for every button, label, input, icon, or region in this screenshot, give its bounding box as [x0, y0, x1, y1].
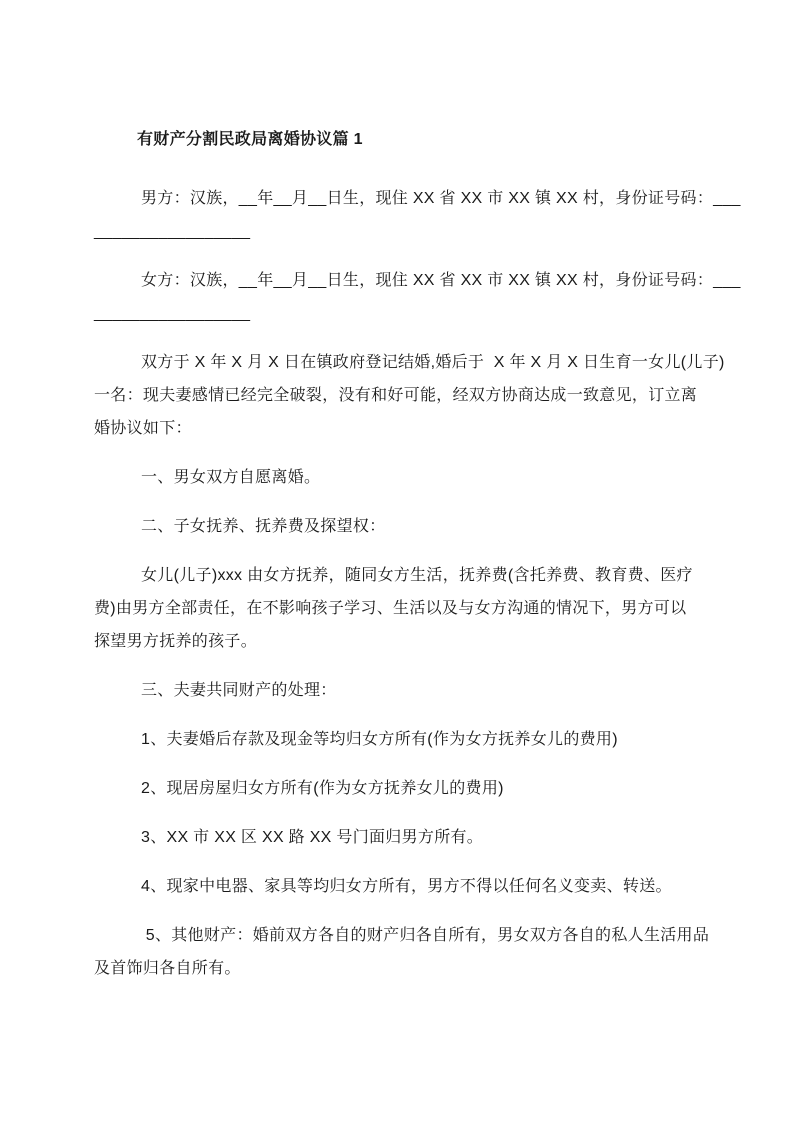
paragraph-marriage-background: 双方于 X 年 X 月 X 日在镇政府登记结婚,婚后于 X 年 X 月 X 日生… — [94, 346, 700, 445]
text-line: 探望男方抚养的孩子。 — [94, 625, 700, 658]
document-title: 有财产分割民政局离婚协议篇 1 — [94, 123, 700, 156]
property-item-1: 1、夫妻婚后存款及现金等均归女方所有(作为女方抚养女儿的费用) — [94, 723, 700, 756]
paragraph-female-party-info: 女方：汉族，__年__月__日生，现住 XX 省 XX 市 XX 镇 XX 村，… — [94, 264, 700, 330]
text-line: 三、夫妻共同财产的处理： — [94, 674, 700, 707]
text-line: 费)由男方全部责任，在不影响孩子学习、生活以及与女方沟通的情况下，男方可以 — [94, 592, 700, 625]
property-item-2: 2、现居房屋归女方所有(作为女方抚养女儿的费用) — [94, 772, 700, 805]
text-line: 1、夫妻婚后存款及现金等均归女方所有(作为女方抚养女儿的费用) — [94, 723, 700, 756]
text-line: 一名：现夫妻感情已经完全破裂，没有和好可能，经双方协商达成一致意见，订立离 — [94, 379, 700, 412]
text-line-underline: _________________ — [94, 215, 700, 248]
paragraph-custody-details: 女儿(儿子)xxx 由女方抚养，随同女方生活，抚养费(含托养费、教育费、医疗 费… — [94, 559, 700, 658]
property-item-5: 5、其他财产：婚前双方各自的财产归各自所有，男女双方各自的私人生活用品 及首饰归… — [94, 919, 700, 985]
text-line: 一、男女双方自愿离婚。 — [94, 461, 700, 494]
text-line: 4、现家中电器、家具等均归女方所有，男方不得以任何名义变卖、转送。 — [94, 870, 700, 903]
text-line: 3、XX 市 XX 区 XX 路 XX 号门面归男方所有。 — [94, 821, 700, 854]
property-item-3: 3、XX 市 XX 区 XX 路 XX 号门面归男方所有。 — [94, 821, 700, 854]
text-line: 女方：汉族，__年__月__日生，现住 XX 省 XX 市 XX 镇 XX 村，… — [94, 264, 700, 297]
text-line: 二、子女抚养、抚养费及探望权： — [94, 510, 700, 543]
text-line: 女儿(儿子)xxx 由女方抚养，随同女方生活，抚养费(含托养费、教育费、医疗 — [94, 559, 700, 592]
text-line: 及首饰归各自所有。 — [94, 952, 700, 985]
text-line: 5、其他财产：婚前双方各自的财产归各自所有，男女双方各自的私人生活用品 — [94, 919, 700, 952]
text-line: 男方：汉族，__年__月__日生，现住 XX 省 XX 市 XX 镇 XX 村，… — [94, 182, 700, 215]
clause-2-custody-heading: 二、子女抚养、抚养费及探望权： — [94, 510, 700, 543]
document-title-text: 有财产分割民政局离婚协议篇 1 — [94, 123, 700, 156]
document-page: 有财产分割民政局离婚协议篇 1 男方：汉族，__年__月__日生，现住 XX 省… — [0, 0, 793, 1122]
text-line: 婚协议如下： — [94, 412, 700, 445]
text-line: 双方于 X 年 X 月 X 日在镇政府登记结婚,婚后于 X 年 X 月 X 日生… — [94, 346, 700, 379]
paragraph-male-party-info: 男方：汉族，__年__月__日生，现住 XX 省 XX 市 XX 镇 XX 村，… — [94, 182, 700, 248]
text-line-underline: _________________ — [94, 297, 700, 330]
text-line: 2、现居房屋归女方所有(作为女方抚养女儿的费用) — [94, 772, 700, 805]
clause-3-property-heading: 三、夫妻共同财产的处理： — [94, 674, 700, 707]
clause-1-voluntary-divorce: 一、男女双方自愿离婚。 — [94, 461, 700, 494]
property-item-4: 4、现家中电器、家具等均归女方所有，男方不得以任何名义变卖、转送。 — [94, 870, 700, 903]
